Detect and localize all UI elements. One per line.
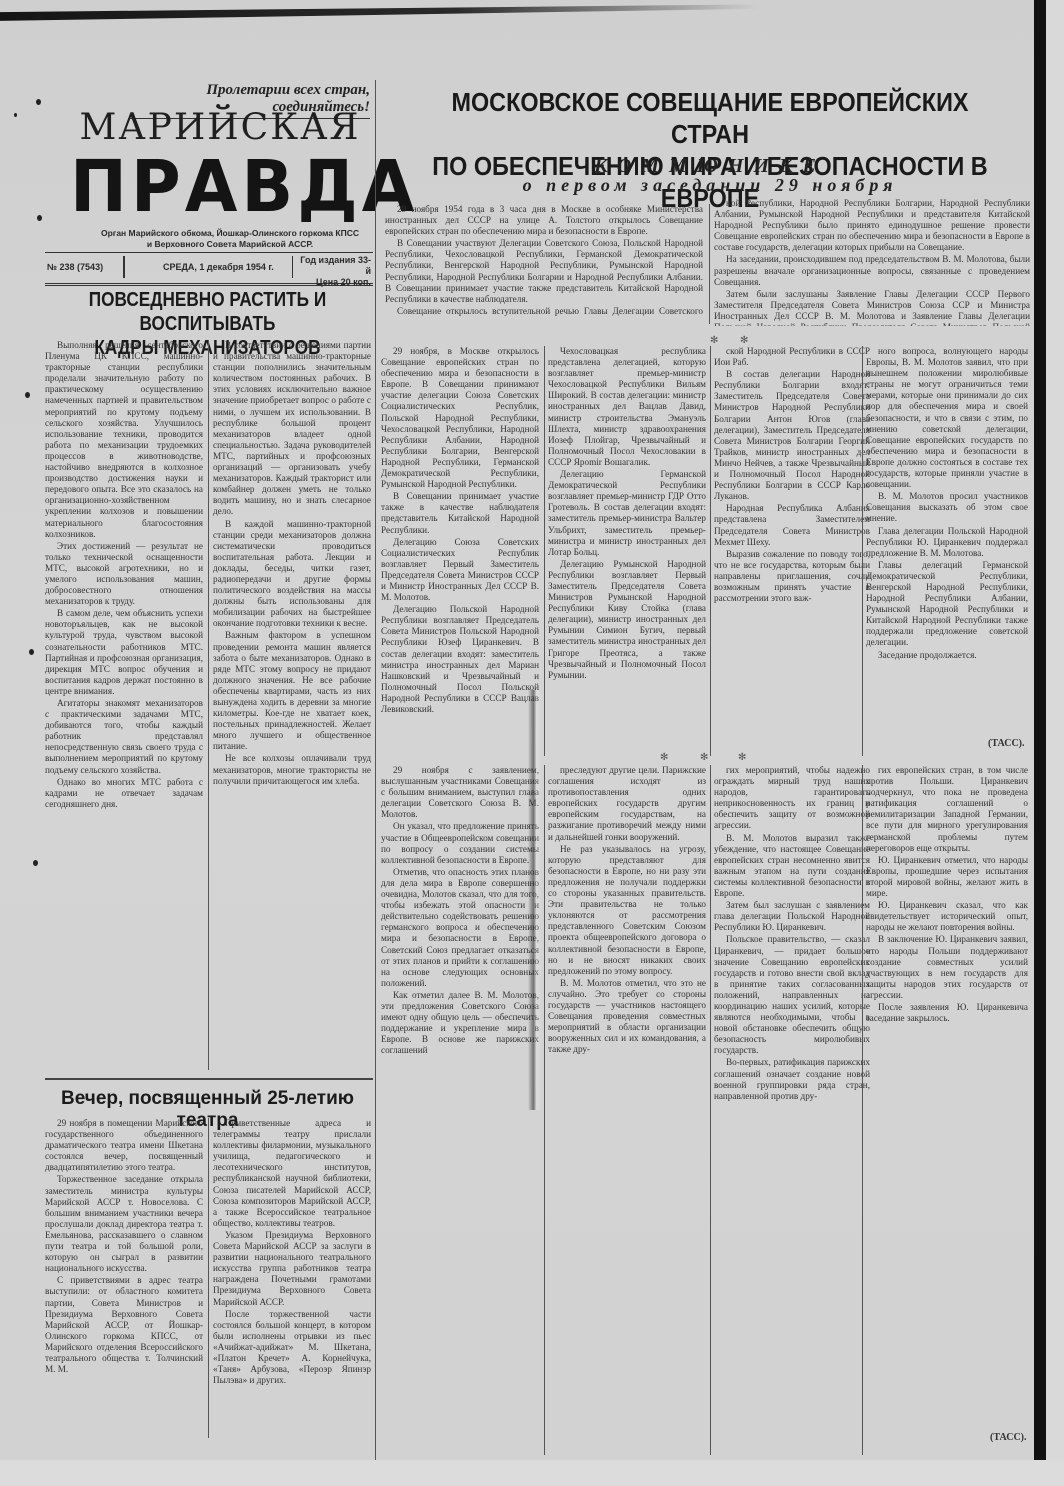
lead-column-4: ного вопроса, волнующего народы Европы, … [866,346,1028,731]
scan-margin [0,1460,1064,1486]
newspaper-page: Пролетарии всех стран, соединяйтесь! МАР… [0,0,1040,1486]
column-rule [375,80,376,1460]
column-rule [208,340,209,1070]
section-star-icon: ✻ [660,752,668,763]
price: Цена 20 коп. [316,277,371,287]
left-article-column-2: В соответствии с решениями партии и прав… [213,340,371,1070]
column-rule [862,346,863,756]
theatre-article-column-2: Приветственные адреса и телеграммы театр… [213,1118,371,1438]
column-rule [544,346,545,756]
lead-lower-column-2: преследуют другие цели. Парижские соглаш… [548,765,706,1455]
section-rule [45,1078,373,1080]
theatre-article-column-1: 29 ноября в помещении Марийского государ… [45,1118,203,1438]
left-article-column-1: Выполняя решения сентябрьского Пленума Ц… [45,340,203,1070]
lead-lower-column-1: 29 ноября с заявлением, выслушанным учас… [381,765,539,1455]
communique-left: 29 ноября 1954 года в 3 часа дня в Москв… [385,204,703,316]
issue-date: СРЕДА, 1 декабря 1954 г. [163,262,274,272]
lead-column-3: ской Народной Республики в СССР Иои Раб.… [714,346,870,756]
lead-lower-column-4: гих европейских стран, в том числе проти… [866,765,1028,1415]
lead-column-1: 29 ноября, в Москве открылось Совещание … [381,346,539,756]
scan-spot [36,99,41,105]
scan-spot [25,392,30,398]
masthead-title-main: ПРАВДА [70,146,370,229]
scan-edge-shadow [0,0,760,22]
column-rule [710,346,711,756]
column-rule [709,204,710,324]
section-star-icon: ✻ [700,752,708,763]
issue-info-bar: № 238 (7543) СРЕДА, 1 декабря 1954 г. Го… [45,252,373,286]
column-rule [862,765,863,1455]
scan-spot [14,113,17,117]
headline-line-1: МОСКОВСКОЕ СОВЕЩАНИЕ ЕВРОПЕЙСКИХ СТРАН [422,86,998,150]
lead-column-2: Чехословацкая республика представлена де… [548,346,706,756]
year-of-publication: Год издания 33-й [300,255,371,276]
scan-spot [37,215,42,221]
section-star-icon: ✻ [740,335,748,346]
scan-margin [1046,0,1064,1486]
communique-right: ной Республики, Народной Республики Болг… [714,198,1030,326]
masthead-organ: Орган Марийского обкома, Йошкар-Олинског… [90,228,370,250]
divider [123,256,125,278]
lead-subhead-2: о первом заседании 29 ноября [390,175,1030,196]
headline-line-1: ПОВСЕДНЕВНО РАСТИТЬ И ВОСПИТЫВАТЬ [63,288,351,336]
column-rule [208,1118,209,1438]
issue-year-price: Год издания 33-й Цена 20 коп. [297,255,371,288]
masthead-title-top: МАРИЙСКАЯ [70,107,370,148]
paper-tear [528,690,542,1110]
scan-spot [33,860,38,866]
organ-line-1: Орган Марийского обкома, Йошкар-Олинског… [90,228,370,239]
organ-line-2: и Верховного Совета Марийской АССР. [90,239,370,250]
tass-credit: (ТАСС). [988,738,1025,749]
tass-credit: (ТАСС). [990,1432,1027,1443]
column-rule [544,765,545,1455]
divider [292,256,293,278]
section-star-icon: ✻ [738,752,746,763]
issue-number: № 238 (7543) [47,262,103,272]
section-star-icon: ✻ [710,335,718,346]
scan-spot [29,649,34,655]
lead-lower-column-3: гих мероприятий, чтобы надежно ограждать… [714,765,870,1455]
column-rule [710,765,711,1455]
scan-border [1034,0,1046,1486]
